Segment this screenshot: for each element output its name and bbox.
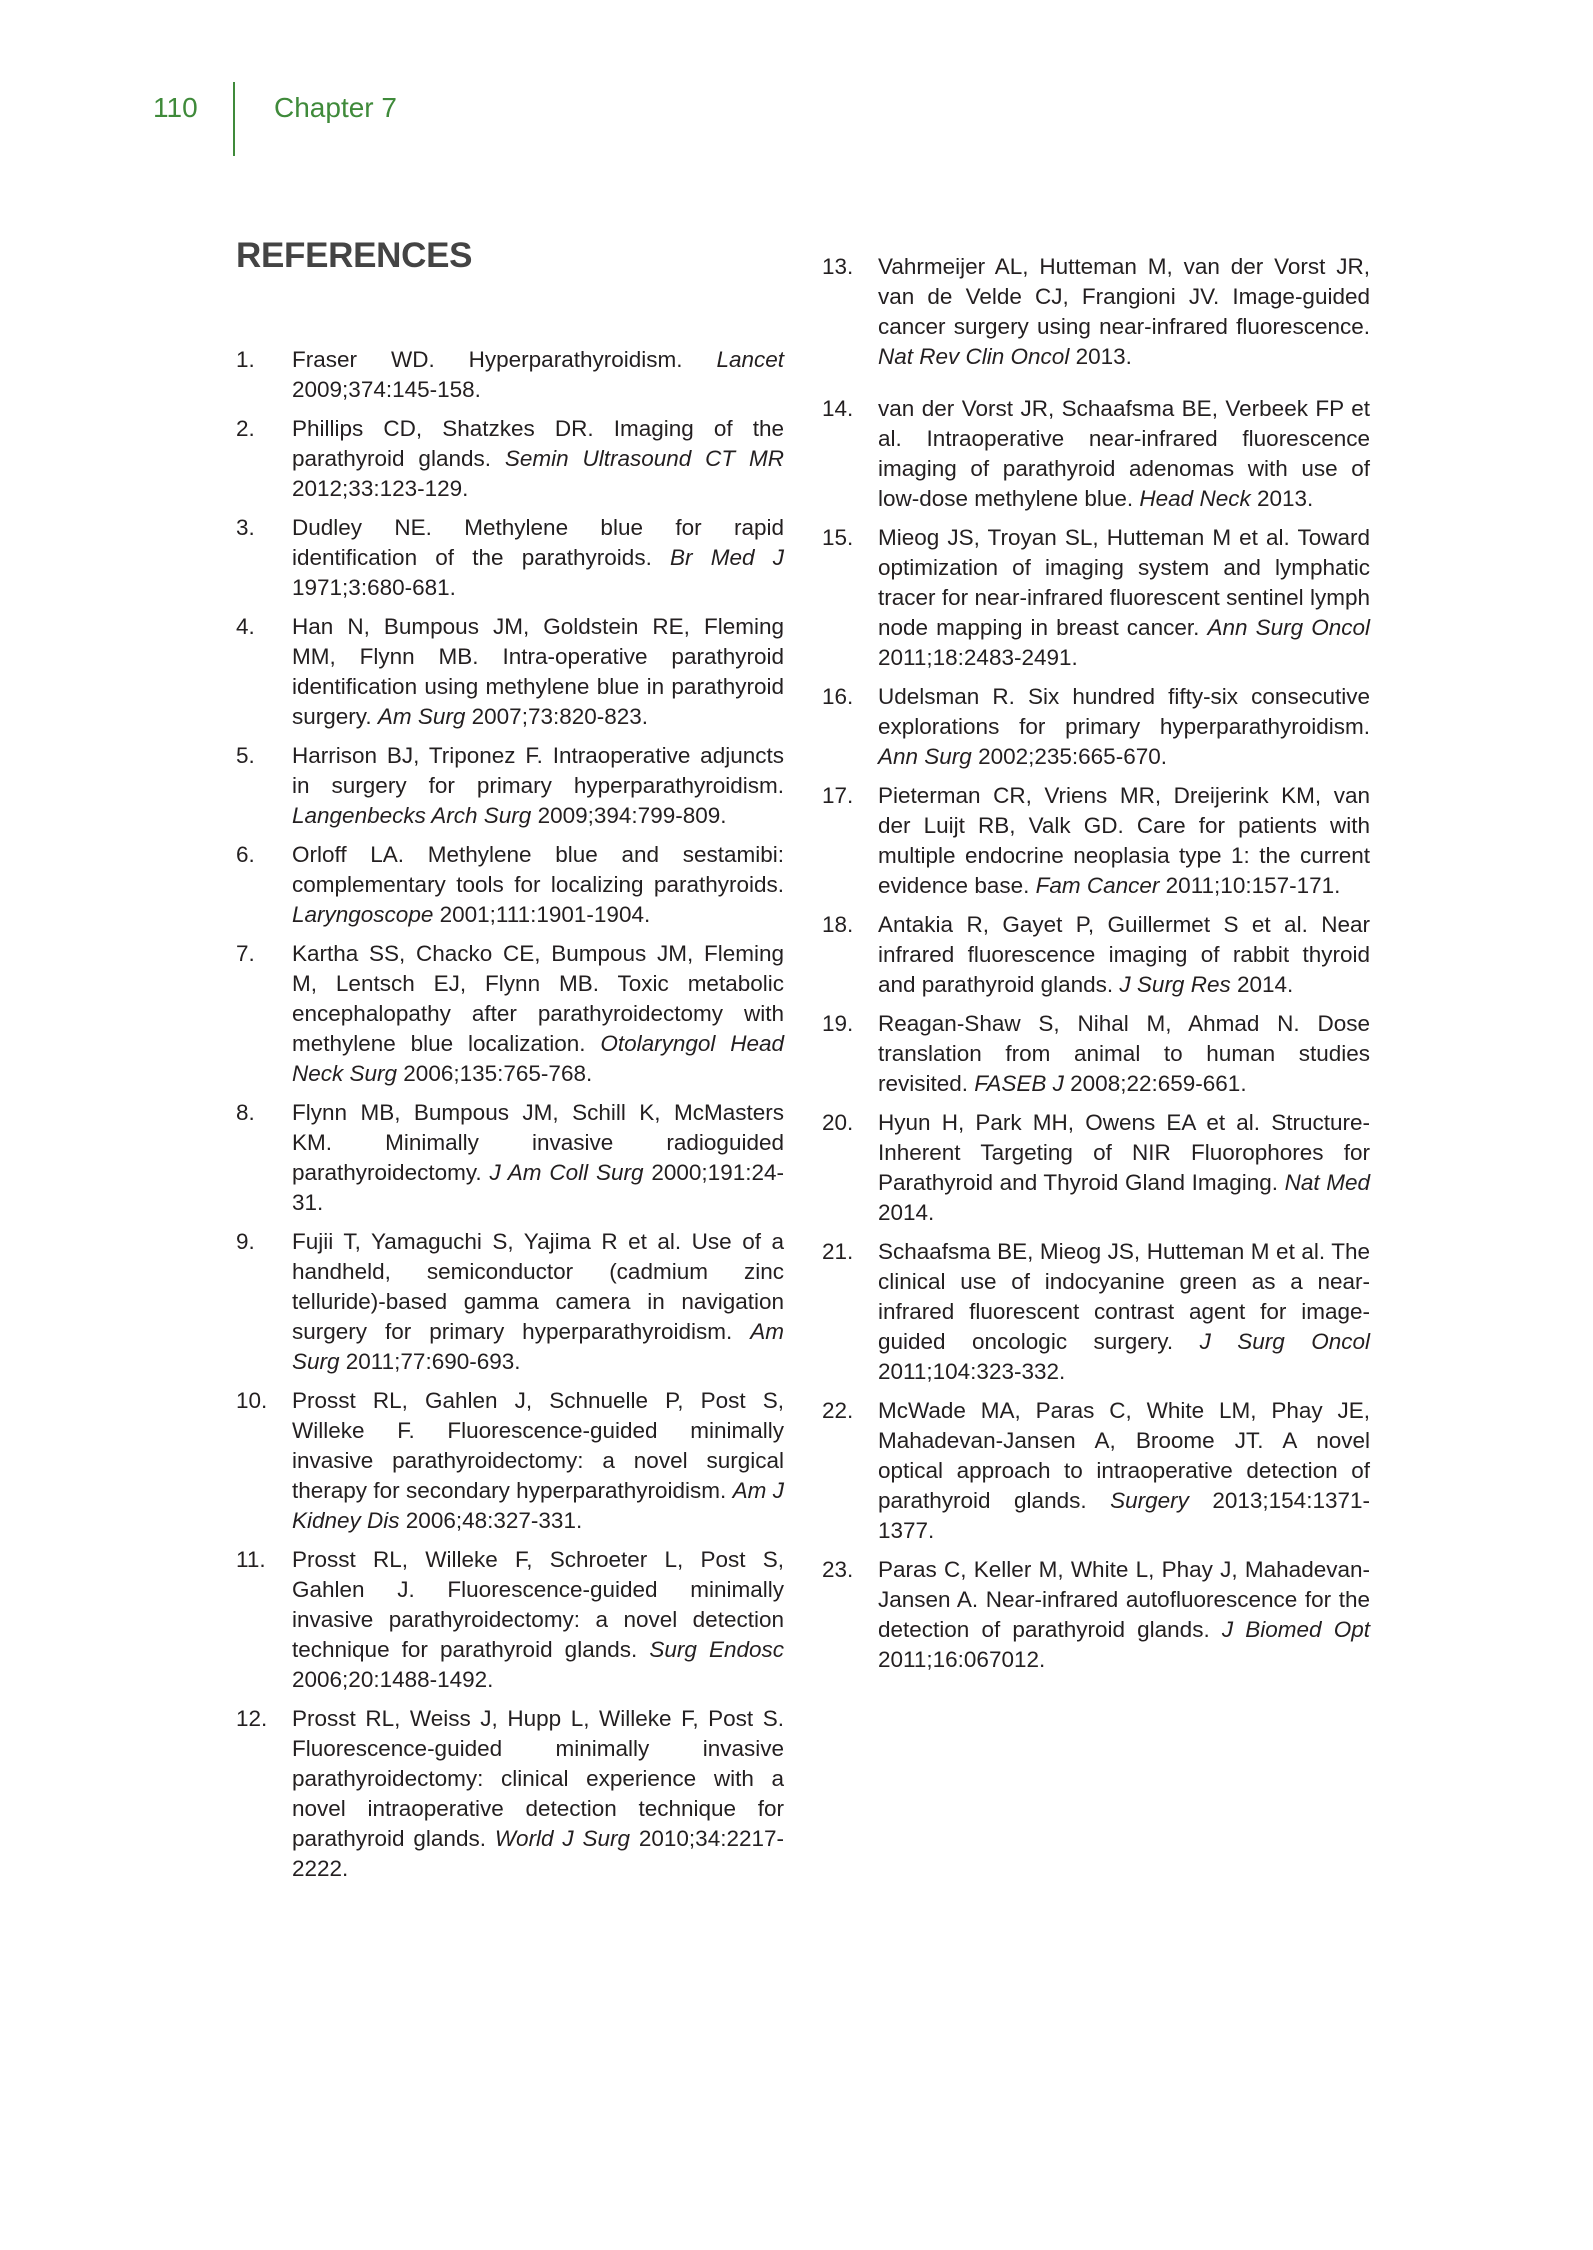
reference-text: Prosst RL, Weiss J, Hupp L, Willeke F, P… [292, 1706, 784, 1881]
reference-item: 7.Kartha SS, Chacko CE, Bumpous JM, Flem… [236, 939, 784, 1089]
reference-number: 7. [236, 939, 255, 969]
reference-number: 19. [822, 1009, 853, 1039]
page-header: 110 Chapter 7 [0, 0, 1593, 170]
reference-item: 1.Fraser WD. Hyperparathyroidism. Lancet… [236, 345, 784, 405]
journal-name: FASEB J [974, 1071, 1064, 1096]
reference-item: 13.Vahrmeijer AL, Hutteman M, van der Vo… [822, 252, 1370, 372]
journal-name: J Biomed Opt [1222, 1617, 1370, 1642]
reference-number: 14. [822, 394, 853, 424]
reference-number: 10. [236, 1386, 267, 1416]
reference-item: 23.Paras C, Keller M, White L, Phay J, M… [822, 1555, 1370, 1675]
reference-text: Orloff LA. Methylene blue and sestamibi:… [292, 842, 784, 927]
reference-number: 5. [236, 741, 255, 771]
reference-text: Phillips CD, Shatzkes DR. Imaging of the… [292, 416, 784, 501]
reference-item: 20.Hyun H, Park MH, Owens EA et al. Stru… [822, 1108, 1370, 1228]
journal-name: J Am Coll Surg [490, 1160, 644, 1185]
reference-item: 22.McWade MA, Paras C, White LM, Phay JE… [822, 1396, 1370, 1546]
reference-text: Paras C, Keller M, White L, Phay J, Maha… [878, 1557, 1370, 1672]
reference-text: Prosst RL, Gahlen J, Schnuelle P, Post S… [292, 1388, 784, 1533]
reference-number: 6. [236, 840, 255, 870]
journal-name: Ann Surg [878, 744, 972, 769]
reference-text: Harrison BJ, Triponez F. Intraoperative … [292, 743, 784, 828]
journal-name: Br Med J [670, 545, 784, 570]
reference-number: 9. [236, 1227, 255, 1257]
reference-number: 16. [822, 682, 853, 712]
reference-number: 22. [822, 1396, 853, 1426]
reference-number: 1. [236, 345, 255, 375]
reference-number: 3. [236, 513, 255, 543]
references-column-left: 1.Fraser WD. Hyperparathyroidism. Lancet… [236, 345, 784, 1893]
reference-text: Pieterman CR, Vriens MR, Dreijerink KM, … [878, 783, 1370, 898]
reference-item: 5.Harrison BJ, Triponez F. Intraoperativ… [236, 741, 784, 831]
references-column-right: 13.Vahrmeijer AL, Hutteman M, van der Vo… [822, 252, 1370, 1684]
reference-text: McWade MA, Paras C, White LM, Phay JE, M… [878, 1398, 1370, 1543]
reference-item: 15.Mieog JS, Troyan SL, Hutteman M et al… [822, 523, 1370, 673]
reference-item: 12.Prosst RL, Weiss J, Hupp L, Willeke F… [236, 1704, 784, 1884]
reference-item: 4.Han N, Bumpous JM, Goldstein RE, Flemi… [236, 612, 784, 732]
reference-number: 18. [822, 910, 853, 940]
reference-item: 17.Pieterman CR, Vriens MR, Dreijerink K… [822, 781, 1370, 901]
journal-name: Head Neck [1139, 486, 1250, 511]
reference-text: Mieog JS, Troyan SL, Hutteman M et al. T… [878, 525, 1370, 670]
reference-text: van der Vorst JR, Schaafsma BE, Verbeek … [878, 396, 1370, 511]
reference-text: Vahrmeijer AL, Hutteman M, van der Vorst… [878, 254, 1370, 369]
reference-text: Reagan-Shaw S, Nihal M, Ahmad N. Dose tr… [878, 1011, 1370, 1096]
reference-text: Dudley NE. Methylene blue for rapid iden… [292, 515, 784, 600]
reference-text: Udelsman R. Six hundred fifty-six consec… [878, 684, 1370, 769]
reference-number: 4. [236, 612, 255, 642]
reference-item: 3.Dudley NE. Methylene blue for rapid id… [236, 513, 784, 603]
journal-name: World J Surg [495, 1826, 630, 1851]
journal-name: Langenbecks Arch Surg [292, 803, 531, 828]
journal-name: J Surg Oncol [1200, 1329, 1370, 1354]
reference-number: 11. [236, 1545, 266, 1575]
reference-item: 16.Udelsman R. Six hundred fifty-six con… [822, 682, 1370, 772]
reference-number: 20. [822, 1108, 853, 1138]
reference-text: Fraser WD. Hyperparathyroidism. Lancet 2… [292, 347, 784, 402]
journal-name: Am Surg [378, 704, 466, 729]
reference-item: 6.Orloff LA. Methylene blue and sestamib… [236, 840, 784, 930]
journal-name: J Surg Res [1119, 972, 1230, 997]
reference-item: 2.Phillips CD, Shatzkes DR. Imaging of t… [236, 414, 784, 504]
section-title: REFERENCES [236, 236, 472, 276]
reference-number: 8. [236, 1098, 255, 1128]
page-number: 110 [153, 92, 198, 124]
reference-text: Antakia R, Gayet P, Guillermet S et al. … [878, 912, 1370, 997]
journal-name: Lancet [716, 347, 784, 372]
journal-name: Nat Rev Clin Oncol [878, 344, 1069, 369]
reference-number: 23. [822, 1555, 853, 1585]
journal-name: Surgery [1110, 1488, 1189, 1513]
reference-text: Hyun H, Park MH, Owens EA et al. Structu… [878, 1110, 1370, 1225]
reference-text: Fujii T, Yamaguchi S, Yajima R et al. Us… [292, 1229, 784, 1374]
reference-number: 12. [236, 1704, 267, 1734]
reference-item: 21.Schaafsma BE, Mieog JS, Hutteman M et… [822, 1237, 1370, 1387]
reference-text: Prosst RL, Willeke F, Schroeter L, Post … [292, 1547, 784, 1692]
reference-item: 18.Antakia R, Gayet P, Guillermet S et a… [822, 910, 1370, 1000]
journal-name: Semin Ultrasound CT MR [505, 446, 784, 471]
journal-name: Surg Endosc [649, 1637, 784, 1662]
reference-item: 8.Flynn MB, Bumpous JM, Schill K, McMast… [236, 1098, 784, 1218]
journal-name: Fam Cancer [1036, 873, 1160, 898]
reference-number: 15. [822, 523, 853, 553]
journal-name: Ann Surg Oncol [1207, 615, 1370, 640]
reference-text: Kartha SS, Chacko CE, Bumpous JM, Flemin… [292, 941, 784, 1086]
reference-item: 14.van der Vorst JR, Schaafsma BE, Verbe… [822, 394, 1370, 514]
reference-text: Schaafsma BE, Mieog JS, Hutteman M et al… [878, 1239, 1370, 1384]
reference-number: 13. [822, 252, 853, 282]
reference-item: 10.Prosst RL, Gahlen J, Schnuelle P, Pos… [236, 1386, 784, 1536]
reference-number: 17. [822, 781, 853, 811]
journal-name: Laryngoscope [292, 902, 433, 927]
header-divider [233, 82, 235, 156]
reference-text: Han N, Bumpous JM, Goldstein RE, Fleming… [292, 614, 784, 729]
reference-item: 11.Prosst RL, Willeke F, Schroeter L, Po… [236, 1545, 784, 1695]
reference-item: 9.Fujii T, Yamaguchi S, Yajima R et al. … [236, 1227, 784, 1377]
chapter-label: Chapter 7 [274, 92, 397, 124]
reference-number: 21. [822, 1237, 853, 1267]
reference-item: 19.Reagan-Shaw S, Nihal M, Ahmad N. Dose… [822, 1009, 1370, 1099]
reference-text: Flynn MB, Bumpous JM, Schill K, McMaster… [292, 1100, 784, 1215]
journal-name: Nat Med [1285, 1170, 1370, 1195]
reference-number: 2. [236, 414, 255, 444]
